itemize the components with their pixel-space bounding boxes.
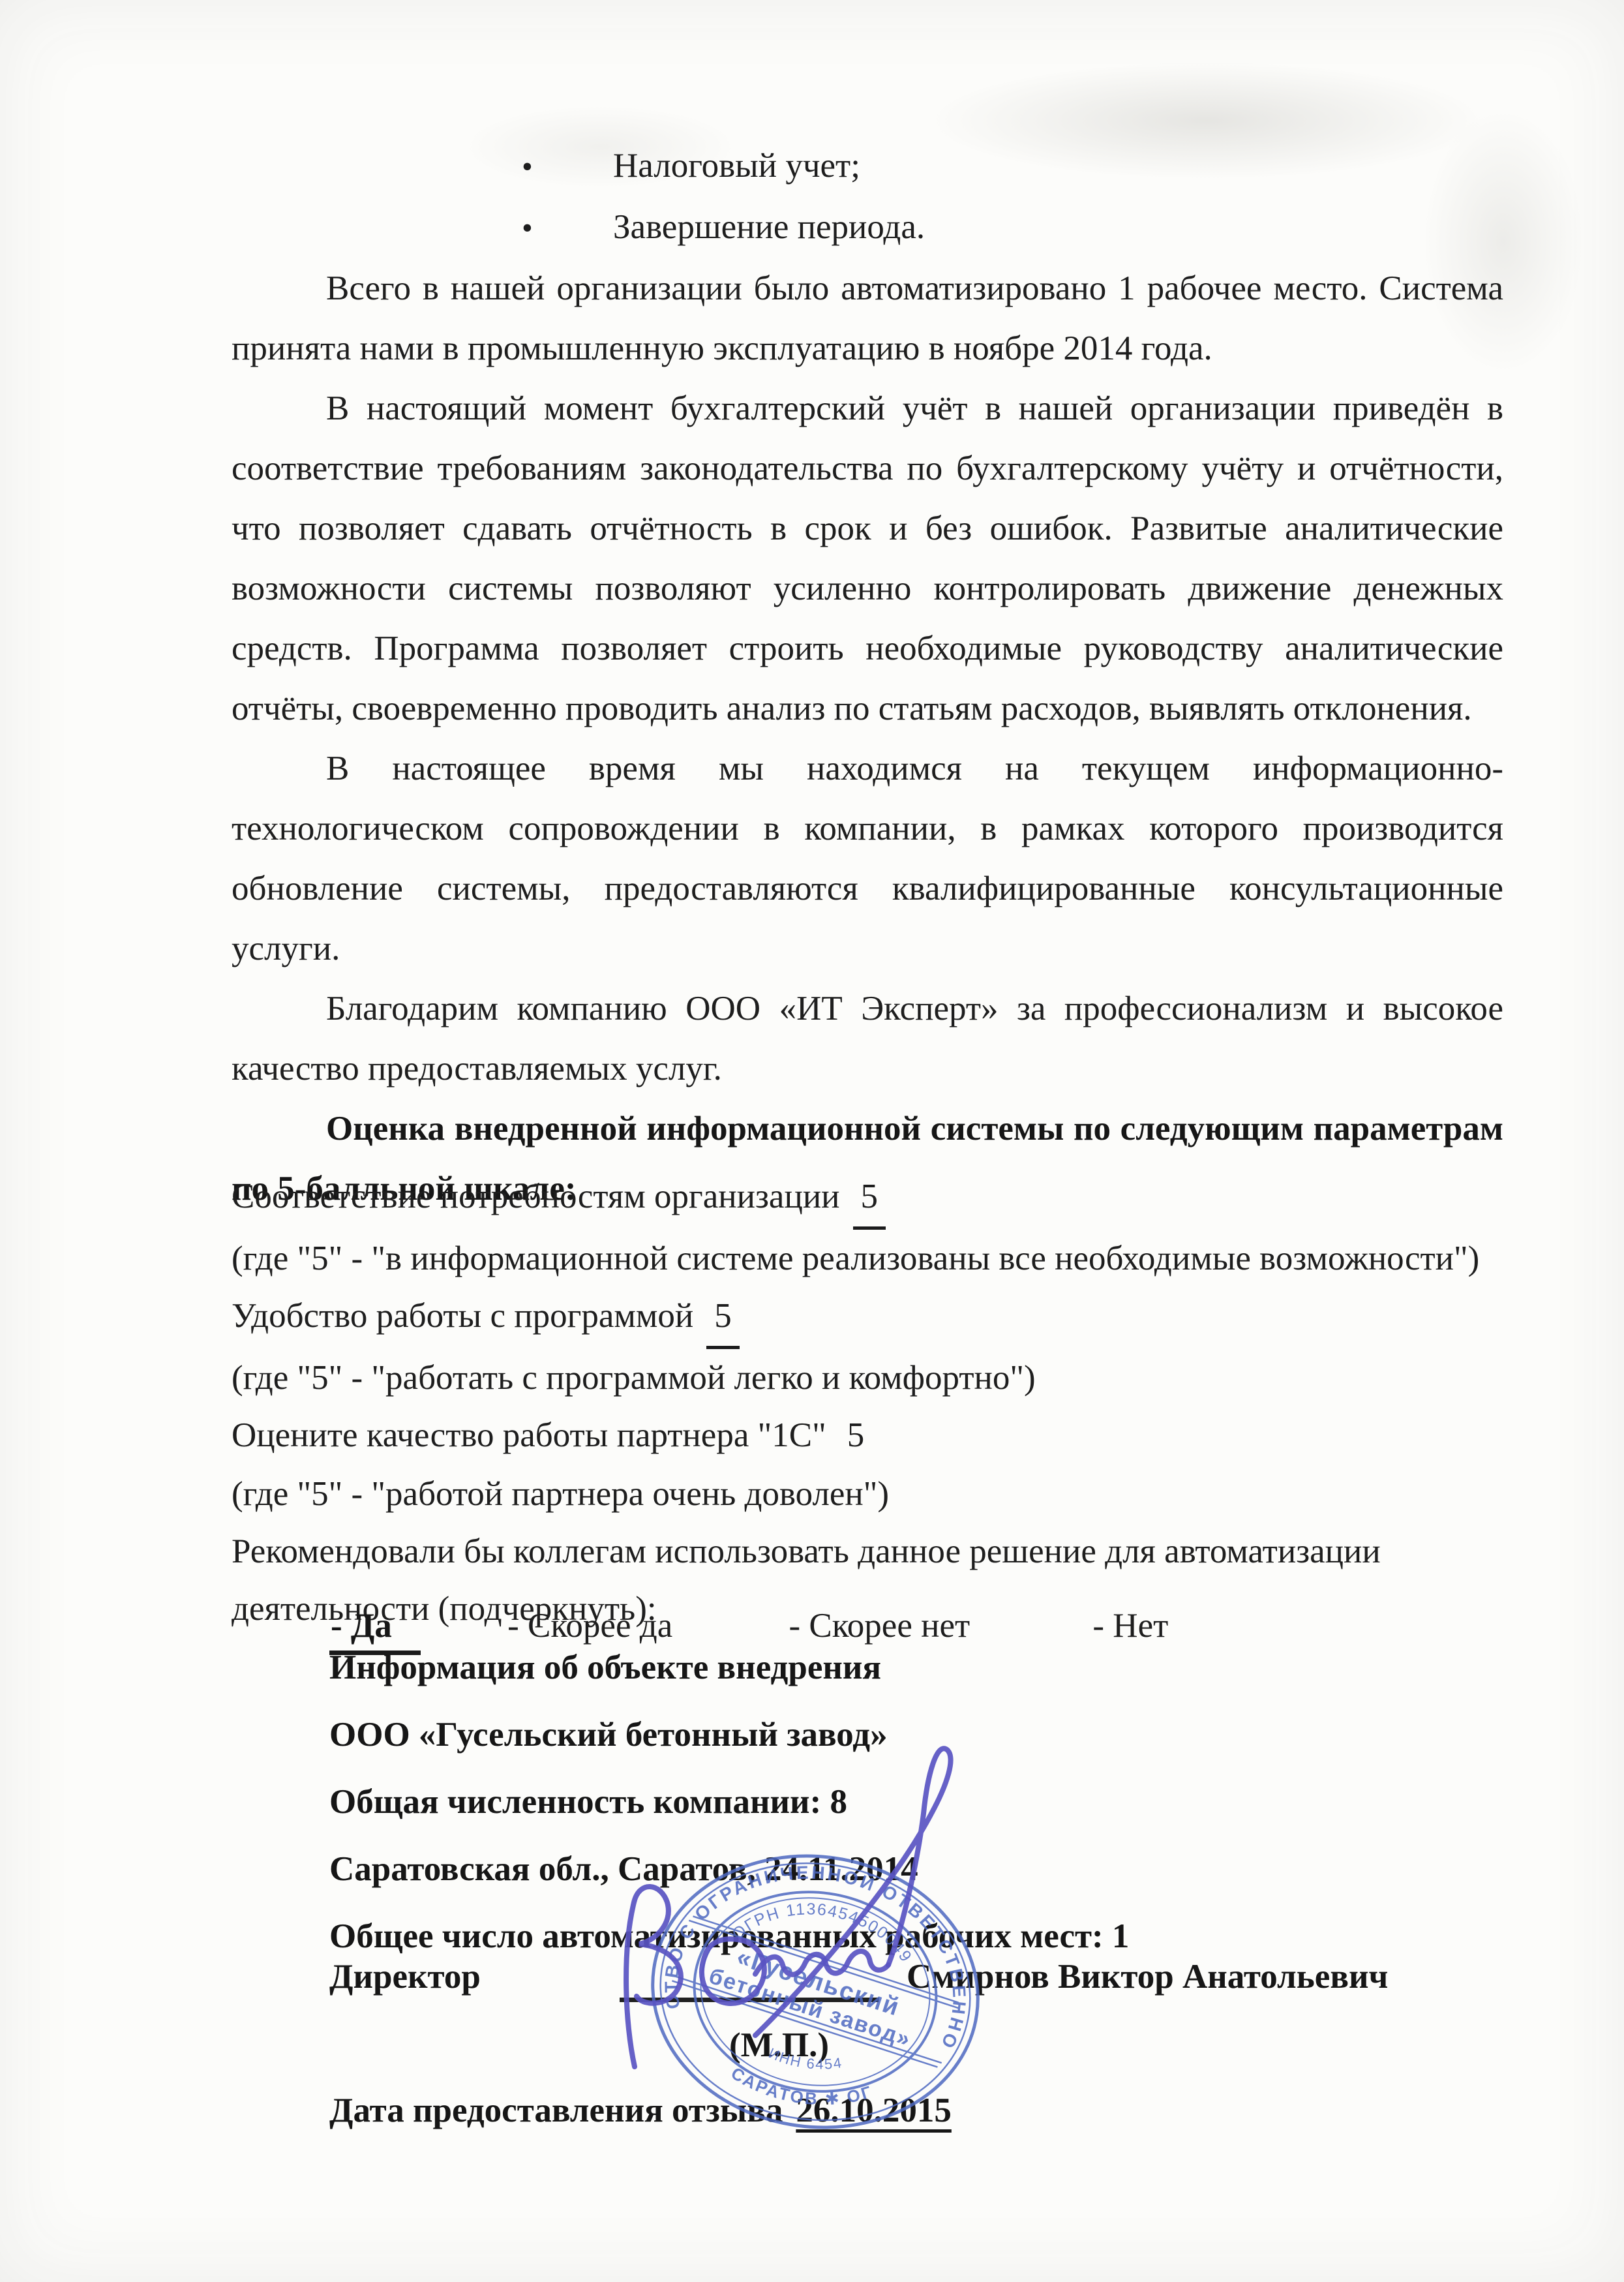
rating-label: Соответствие потребностям организации — [232, 1178, 840, 1215]
rating-fit-to-needs: Соответствие потребностям организации5 (… — [232, 1168, 1503, 1287]
rating-line: Соответствие потребностям организации5 — [232, 1168, 1503, 1230]
rating-note: (где "5" - "работой партнера очень довол… — [232, 1465, 1503, 1523]
rating-note: (где "5" - "в информационной системе реа… — [232, 1230, 1503, 1287]
rating-line: Удобство работы с программой5 — [232, 1287, 1503, 1349]
ratings-section: Соответствие потребностям организации5 (… — [232, 1168, 1503, 1637]
bullet-item-tax-accounting: Налоговый учет; — [522, 136, 1503, 197]
paragraph-automation-summary: Всего в нашей организации было автоматиз… — [232, 258, 1503, 378]
director-role-label: Директор — [329, 1957, 481, 1996]
rating-score: 5 — [853, 1168, 886, 1230]
director-signature-ink — [587, 1670, 1004, 2088]
paragraph-accounting-compliance: В настоящий момент бухгалтерский учёт в … — [232, 378, 1503, 738]
rating-line: Оцените качество работы партнера "1С"5 — [232, 1407, 1503, 1465]
bullet-list: Налоговый учет; Завершение периода. — [232, 136, 1503, 258]
document-body: Налоговый учет; Завершение периода. Всег… — [232, 136, 1503, 1219]
bullet-item-period-closing: Завершение периода. — [522, 197, 1503, 258]
rating-ease-of-use: Удобство работы с программой5 (где "5" -… — [232, 1287, 1503, 1407]
signature-letter-v — [626, 1887, 681, 2067]
rating-partner-quality: Оцените качество работы партнера "1С"5 (… — [232, 1407, 1503, 1523]
rating-score: 5 — [706, 1287, 740, 1349]
scanned-document-page: Налоговый учет; Завершение периода. Всег… — [0, 0, 1624, 2282]
paragraph-thanks: Благодарим компанию ООО «ИТ Эксперт» за … — [232, 979, 1503, 1099]
rating-label: Оцените качество работы партнера "1С" — [232, 1416, 826, 1454]
rating-score: 5 — [839, 1407, 873, 1465]
signature-flourish — [755, 1748, 951, 2035]
rating-note: (где "5" - "работать с программой легко … — [232, 1349, 1503, 1407]
rating-label: Удобство работы с программой — [232, 1297, 693, 1335]
paragraph-ongoing-support: В настоящее время мы находимся на текуще… — [232, 738, 1503, 979]
